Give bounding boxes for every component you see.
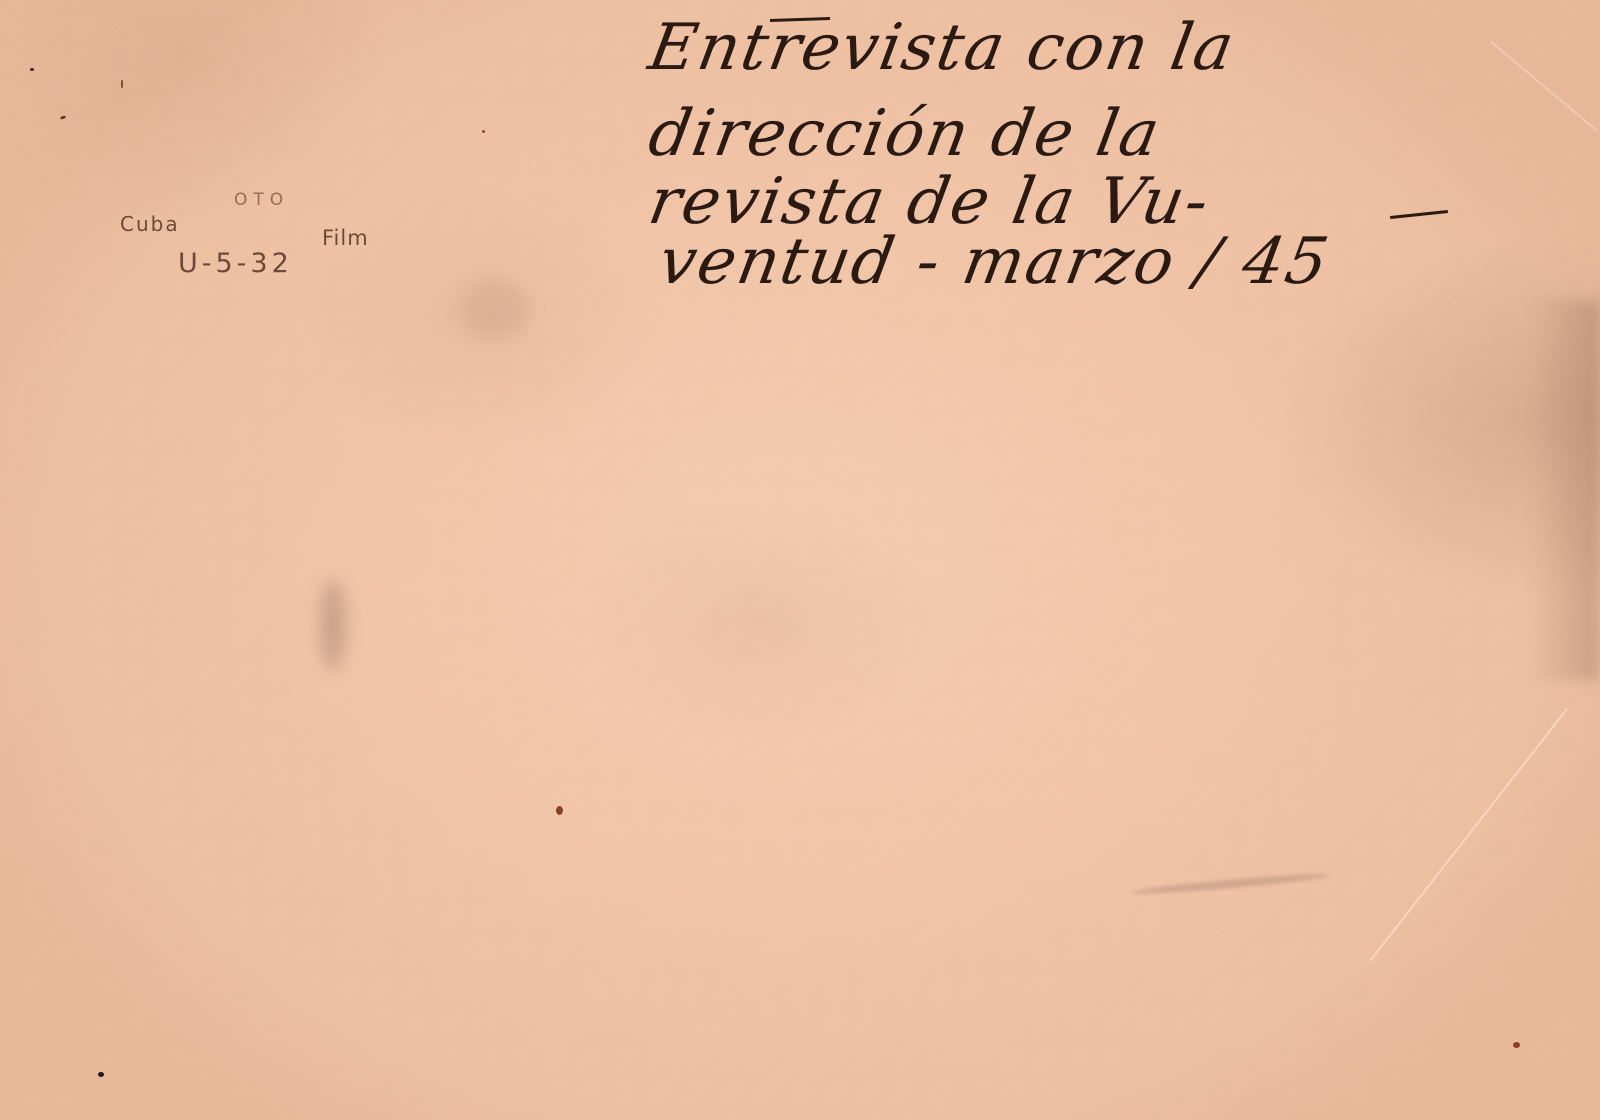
- stamp-top-text: OTO: [234, 190, 289, 210]
- stain-smudge: [460, 280, 530, 340]
- stamp-left-text: Cuba: [120, 212, 180, 236]
- stamp-right-text: Film: [322, 226, 369, 250]
- edge-stain-right: [1530, 300, 1600, 680]
- corner-crease-top-right: [1489, 40, 1598, 132]
- pencil-streak: [1130, 871, 1330, 896]
- stamp-code: U-5-32: [178, 248, 293, 279]
- stain-smudge: [320, 580, 346, 670]
- pen-stroke: [1390, 210, 1448, 219]
- speck: [556, 806, 563, 815]
- speck: [1513, 1042, 1520, 1048]
- speck: [60, 115, 67, 120]
- speck: [30, 68, 34, 71]
- inscription-line: Entrevista con la: [644, 16, 1240, 80]
- studio-stamp: OTO Cuba Film U-5-32: [110, 190, 410, 290]
- inscription-line: dirección de la: [644, 102, 1165, 166]
- photo-verso-paper: OTO Cuba Film U-5-32 Entrevista con la d…: [0, 0, 1600, 1120]
- corner-crease-bottom-right: [1369, 708, 1568, 961]
- inscription-line: ventud - marzo / 45: [654, 230, 1334, 294]
- speck: [121, 80, 123, 88]
- speck: [482, 130, 485, 133]
- speck: [98, 1072, 104, 1077]
